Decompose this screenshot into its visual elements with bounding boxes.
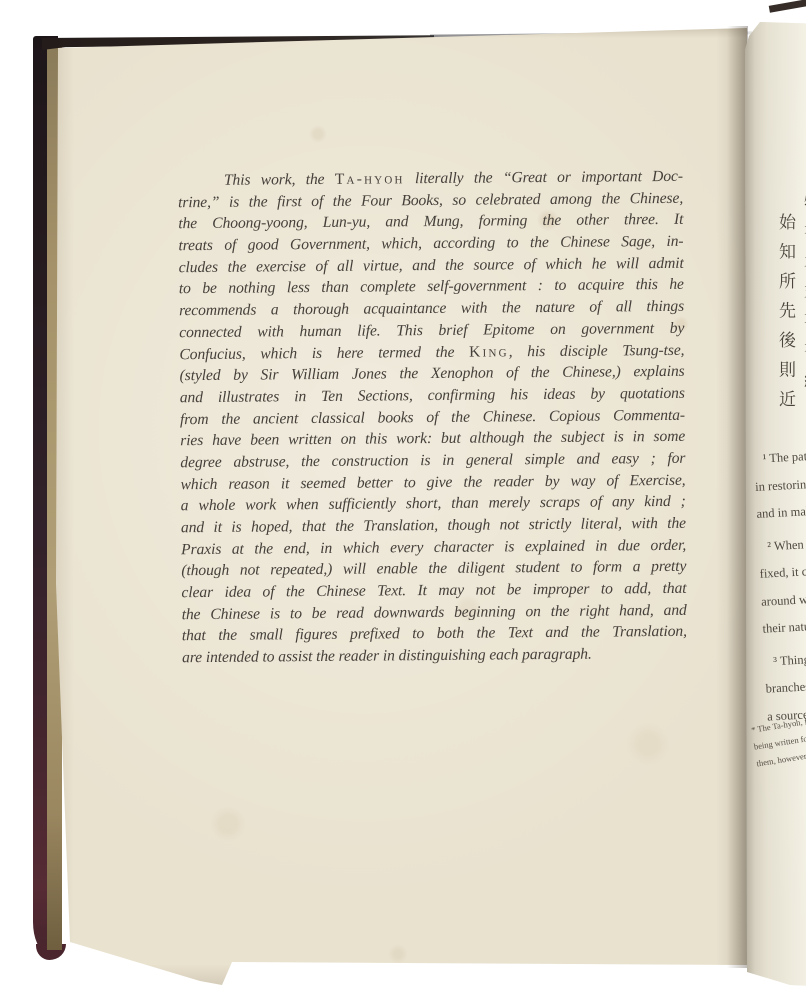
cover-corner-sliver — [769, 0, 806, 13]
right-page-sliver: 始知所先後則近 物有本末事有終 ¹ The pathin restoringan… — [745, 16, 806, 990]
left-page: This work, the Ta-hyoh literally the “Gr… — [48, 24, 750, 990]
footnote-line: ¹ The path — [753, 434, 806, 473]
footnote-group: ¹ The pathin restoringand in makin — [753, 434, 806, 528]
book-photo: This work, the Ta-hyoh literally the “Gr… — [0, 0, 806, 1000]
small-caps-term: Ta-hyoh — [335, 170, 405, 188]
page-text-line: that the small figures prefixed to both … — [182, 621, 687, 647]
small-caps-term: King — [469, 343, 509, 360]
chinese-text-column-partial: 物有本末事有終 — [798, 194, 806, 401]
gutter-shadow — [727, 26, 748, 968]
page-text-line: are intended to assist the reader in dis… — [182, 643, 687, 669]
page-text: This work, the Ta-hyoh literally the “Gr… — [178, 166, 687, 669]
footnote-group: ² When thefixed, it can enaround with co… — [758, 521, 806, 643]
tiny-footnote-fragment: * The Ta-hyoh, from—being written for pe… — [750, 709, 806, 773]
chinese-text-column: 始知所先後則近 — [773, 213, 798, 420]
footnotes-fragment: ¹ The pathin restoringand in makin² When… — [753, 434, 806, 736]
